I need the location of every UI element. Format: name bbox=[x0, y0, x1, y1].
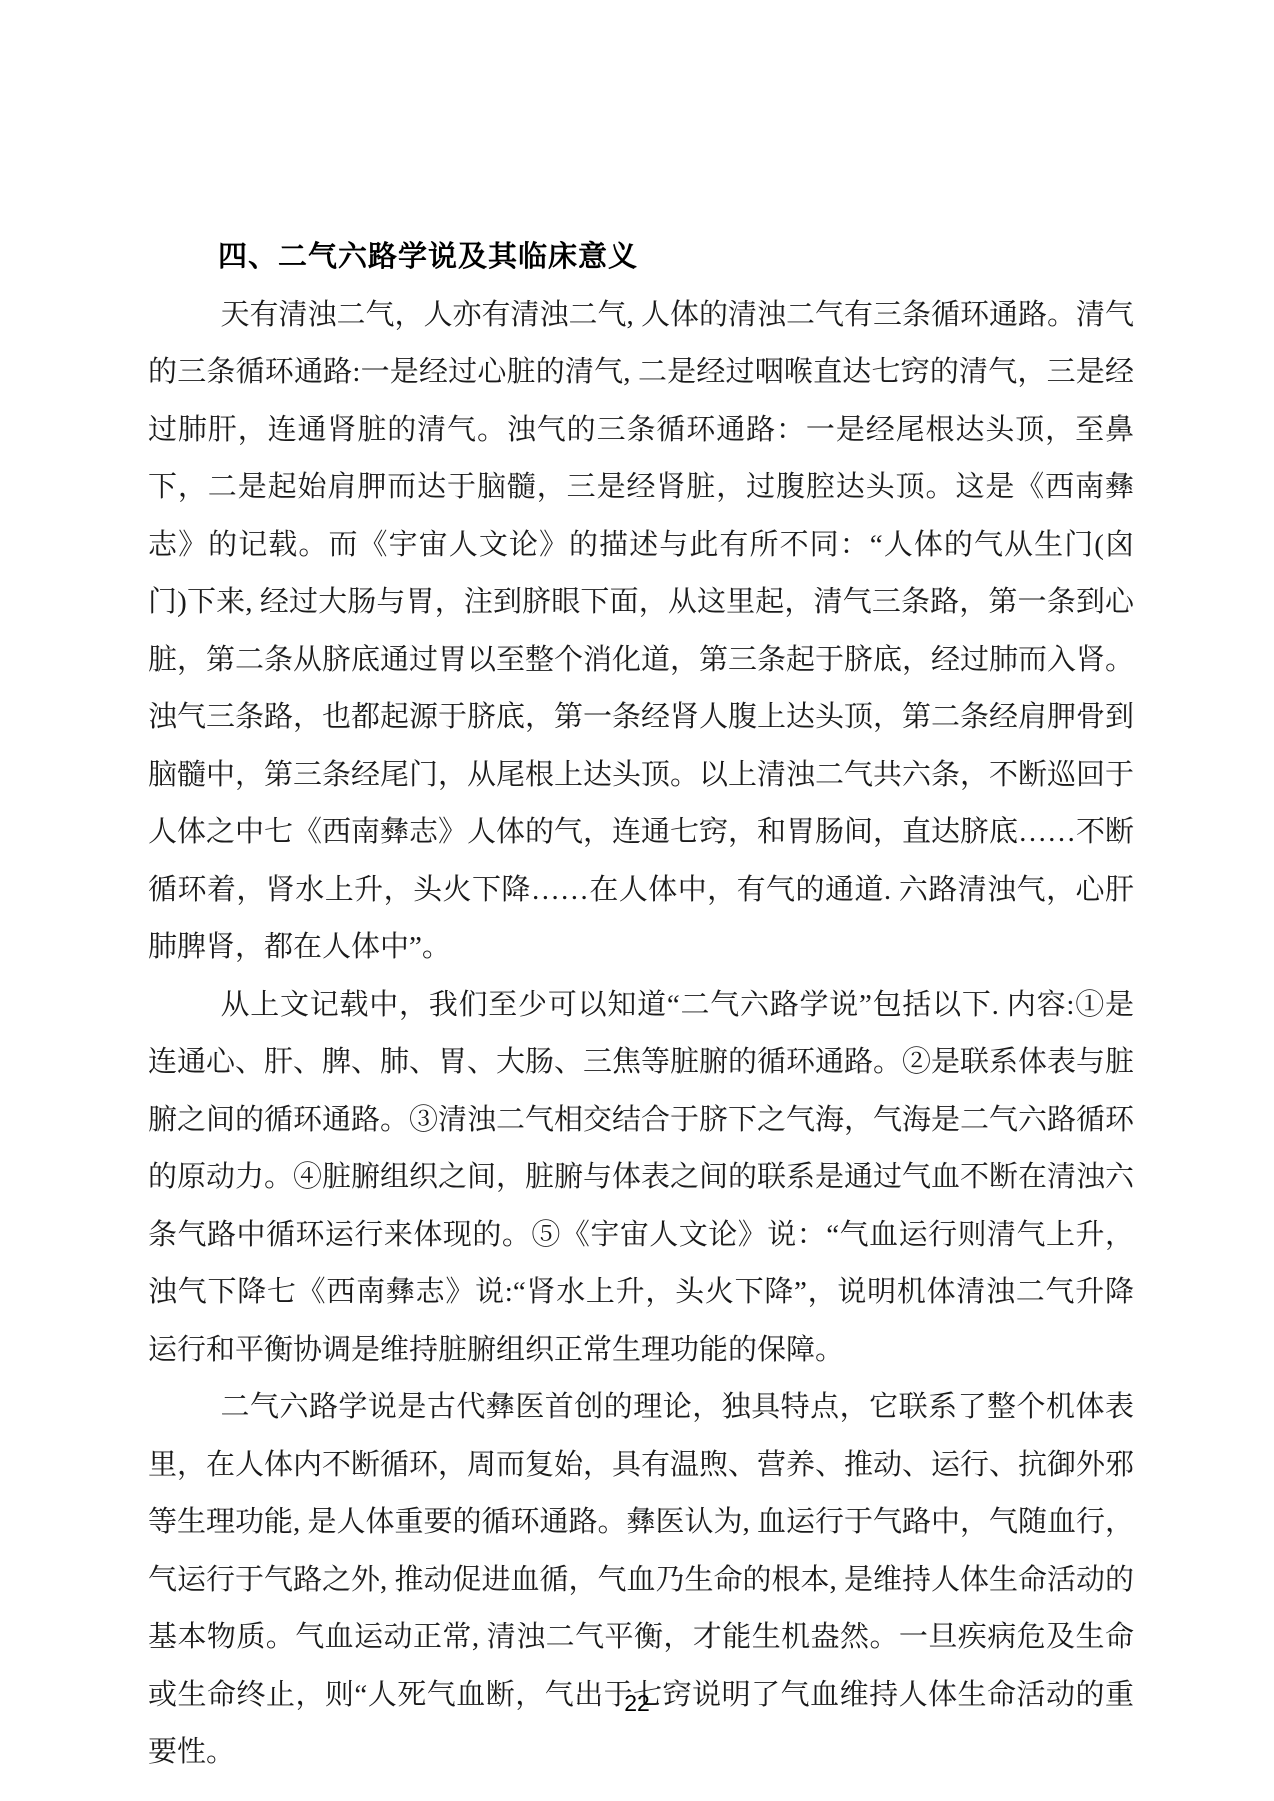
paragraph-2: 从上文记载中，我们至少可以知道“二气六路学说”包括以下. 内容:①是连通心、肝、… bbox=[148, 977, 1134, 1380]
document-page: 四、二气六路学说及其临床意义 天有清浊二气，人亦有清浊二气, 人体的清浊二气有三… bbox=[0, 0, 1274, 1801]
section-heading: 四、二气六路学说及其临床意义 bbox=[148, 229, 1134, 287]
paragraph-1: 天有清浊二气，人亦有清浊二气, 人体的清浊二气有三条循环通路。清气的三条循环通路… bbox=[148, 287, 1134, 977]
page-content: 四、二气六路学说及其临床意义 天有清浊二气，人亦有清浊二气, 人体的清浊二气有三… bbox=[148, 229, 1134, 1782]
page-number: 22 bbox=[0, 1690, 1274, 1717]
paragraph-3: 二气六路学说是古代彝医首创的理论，独具特点，它联系了整个机体表里，在人体内不断循… bbox=[148, 1379, 1134, 1782]
